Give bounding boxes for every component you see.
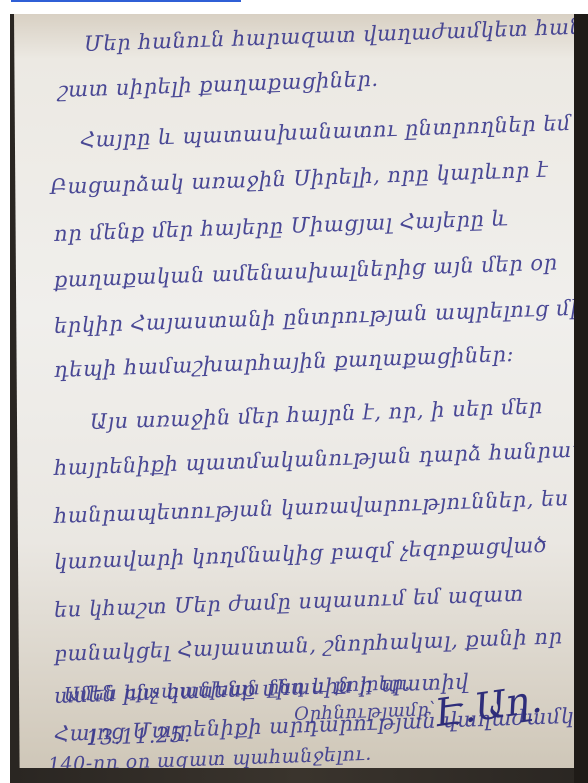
letter-line: երկիր Հայաստանի ընտրության ապրելուց մինչ… xyxy=(54,294,588,338)
letter-line: հանրապետության կառավարություններ, ես ընտ… xyxy=(54,481,588,528)
letter-line: քաղաքական ամենասխալներից այն մեր օր xyxy=(54,250,558,292)
letter-line: շատ սիրելի քաղաքացիներ. xyxy=(58,67,379,102)
letter-line: Այս առաջին մեր հայրն է, որ, ի սեր մեր xyxy=(90,394,543,434)
letter-line: դեպի համաշխարհային քաղաքացիներ: xyxy=(54,342,515,382)
letter-line: Հայրը և պատասխանատու ընտրողներ եմ xyxy=(80,111,572,152)
link-underline[interactable] xyxy=(11,0,241,2)
letter-line: Բացարձակ առաջին Սիրելի, որը կարևոր է xyxy=(50,158,549,199)
letter-line: հայրենիքի պատմականության դարձ հանրապետ և xyxy=(54,435,588,480)
letter-date: 13.11.25. xyxy=(86,722,191,750)
letter-line: ես կհաշտ Մեր ժամը սպասում եմ ազատ xyxy=(54,582,524,622)
letter-line: որ մենք մեր հայերը Միացյալ Հայերը և xyxy=(54,206,509,246)
letter-line: բանակցել Հայաստան, շնորհակալ, քանի որ xyxy=(54,624,563,666)
letter-line: Մեր հանուն հարազատ վաղաժամկետ հանդեպ xyxy=(84,13,588,56)
letter-line: կառավարի կողմնակից բազմ չեզոքացված xyxy=(54,533,548,574)
letter-paper: Մեր հանուն հարազատ վաղաժամկետ հանդեպշատ … xyxy=(14,14,574,768)
photo-background-edge xyxy=(574,14,588,783)
